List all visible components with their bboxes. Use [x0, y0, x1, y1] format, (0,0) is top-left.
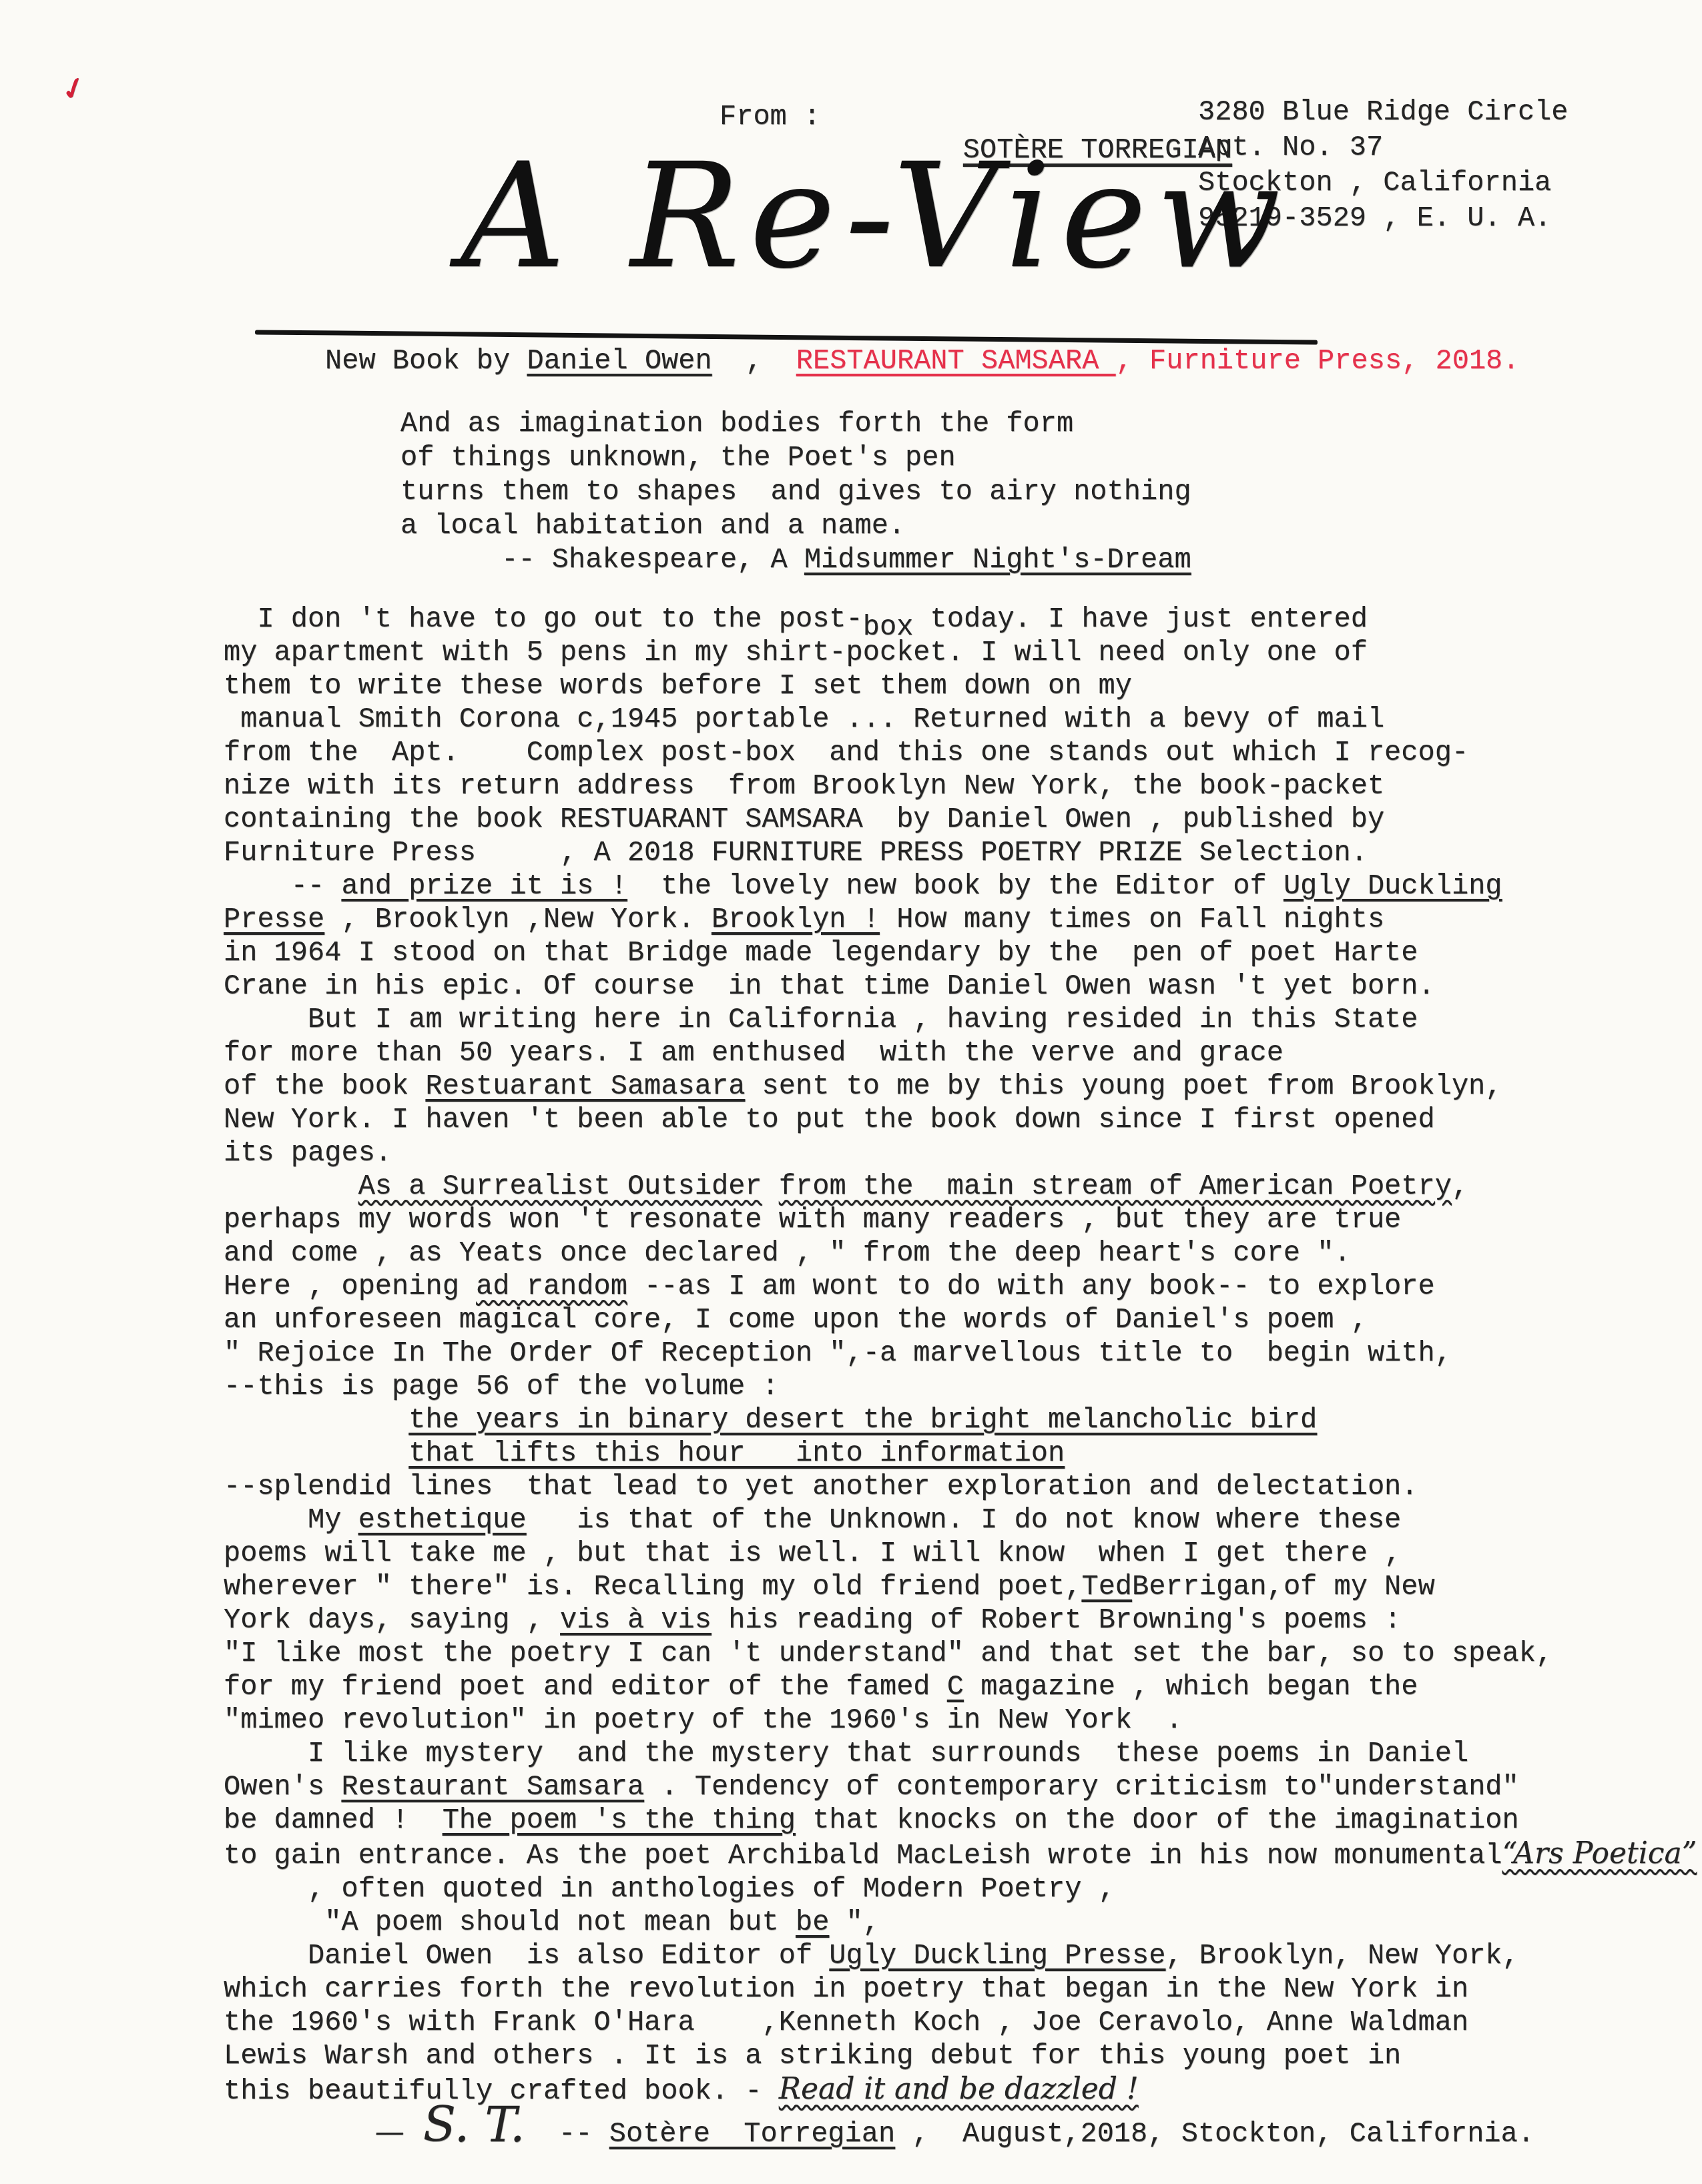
text-segment: New York. I haven 't been able to put th… [224, 1104, 1435, 1136]
text-line: "mimeo revolution" in poetry of the 1960… [224, 1704, 1697, 1737]
text-line: the years in binary desert the bright me… [224, 1403, 1697, 1437]
text-line: perhaps my words won 't resonate with ma… [224, 1203, 1697, 1236]
text-segment: Restaurant Samsara [341, 1771, 644, 1803]
text-segment: RESTAURANT SAMSARA [796, 345, 1116, 377]
text-segment: York days, saying , [224, 1604, 560, 1636]
handwritten-title: A Re-View [461, 132, 1290, 301]
text-segment: ad random [476, 1270, 627, 1303]
text-line: --splendid lines that lead to yet anothe… [224, 1470, 1697, 1503]
text-segment: box [863, 611, 914, 644]
text-line: " Rejoice In The Order Of Reception ",-a… [224, 1337, 1697, 1370]
text-line: them to write these words before I set t… [224, 669, 1697, 703]
text-segment: 3280 Blue Ridge Circle [1198, 96, 1569, 128]
text-segment: , [712, 345, 796, 377]
text-segment: is that of the Unknown. I do not know wh… [527, 1504, 1402, 1536]
text-segment: --as I am wont to do with any book-- to … [627, 1270, 1435, 1303]
text-line: and come , as Yeats once declared , " fr… [224, 1236, 1697, 1270]
text-segment [224, 1404, 408, 1436]
text-segment: , August,2018, Stockton, California. [895, 2118, 1534, 2150]
handwritten-segment: Read it and be dazzled ! [779, 2072, 1139, 2106]
text-segment: -- [224, 870, 341, 902]
text-segment: esthetique [358, 1504, 527, 1536]
text-line: Lewis Warsh and others . It is a strikin… [224, 2039, 1697, 2073]
text-segment: I don 't have to go out to the post- [224, 603, 863, 635]
text-line: Crane in his epic. Of course in that tim… [224, 970, 1697, 1003]
text-segment: But I am writing here in California , ha… [224, 1004, 1418, 1036]
text-line: — S. T. -- Sotère Torregian , August,201… [224, 2108, 1697, 2151]
text-segment: magazine , which began the [964, 1671, 1418, 1703]
text-segment: the lovely new book by the Editor of [627, 870, 1284, 902]
text-segment: New Book by [325, 345, 527, 377]
text-segment: --splendid lines that lead to yet anothe… [224, 1471, 1418, 1503]
stray-ink-mark: ✓ [57, 69, 91, 109]
text-line: , often quoted in anthologies of Modern … [224, 1872, 1697, 1906]
text-line: for my friend poet and editor of the fam… [224, 1670, 1697, 1704]
text-segment: As a Surrealist Outsider [358, 1170, 762, 1202]
text-line: for more than 50 years. I am enthused wi… [224, 1036, 1697, 1070]
text-segment: "mimeo revolution" in poetry of the 1960… [224, 1704, 1183, 1736]
handwritten-segment: S. T. [423, 2097, 525, 2153]
text-segment [224, 1437, 408, 1469]
text-segment [224, 1170, 358, 1202]
text-line: My esthetique is that of the Unknown. I … [224, 1503, 1697, 1537]
text-line: of the book Restuarant Samasara sent to … [224, 1070, 1697, 1103]
text-segment: Crane in his epic. Of course in that tim… [224, 970, 1435, 1002]
text-line: that lifts this hour into information [224, 1437, 1697, 1470]
handwritten-segment: — [375, 2115, 423, 2149]
from-label: From : [720, 100, 820, 133]
text-segment: turns them to shapes and gives to airy n… [400, 476, 1191, 508]
text-line: And as imagination bodies forth the form [400, 407, 1191, 441]
text-segment: for my friend poet and editor of the fam… [224, 1671, 947, 1703]
text-segment: Here , opening [224, 1270, 476, 1303]
text-segment: the years in binary desert the bright me… [408, 1404, 1317, 1436]
text-segment [762, 1170, 779, 1202]
text-segment: manual Smith Corona c,1945 portable ... … [224, 703, 1384, 735]
text-segment: I like mystery and the mystery that surr… [224, 1738, 1468, 1770]
text-line: --this is page 56 of the volume : [224, 1370, 1697, 1403]
title-underline [255, 330, 1318, 344]
epigraph-quote: And as imagination bodies forth the form… [400, 407, 1191, 577]
text-segment: from the main stream of American Poetry [779, 1170, 1452, 1202]
text-line: Presse , Brooklyn ,New York. Brooklyn ! … [224, 903, 1697, 936]
text-segment: of the book [224, 1070, 425, 1102]
text-line: nize with its return address from Brookl… [224, 769, 1697, 803]
text-line: its pages. [224, 1136, 1697, 1170]
text-segment: his reading of Robert Browning's poems : [712, 1604, 1401, 1636]
text-segment: an unforeseen magical core, I come upon … [224, 1304, 1368, 1336]
text-segment: be [796, 1906, 829, 1938]
text-segment: --this is page 56 of the volume : [224, 1371, 779, 1403]
text-segment: , Brooklyn, New York, [1165, 1940, 1518, 1972]
text-segment: "A poem should not mean but [224, 1906, 796, 1938]
text-line: -- Shakespeare, A Midsummer Night's-Drea… [400, 543, 1191, 577]
body-text: I don 't have to go out to the post-box … [224, 603, 1697, 2151]
text-segment: a local habitation and a name. [400, 510, 905, 542]
text-line: of things unknown, the Poet's pen [400, 441, 1191, 475]
text-line: from the Apt. Complex post-box and this … [224, 736, 1697, 769]
text-line: containing the book RESTUARANT SAMSARA b… [224, 803, 1697, 836]
text-line: 3280 Blue Ridge Circle [1198, 95, 1569, 130]
text-line: But I am writing here in California , ha… [224, 1003, 1697, 1036]
text-segment: How many times on Fall nights [880, 903, 1384, 936]
text-segment: them to write these words before I set t… [224, 670, 1132, 702]
handwritten-segment: “Ars Poetica” [1502, 1836, 1697, 1870]
text-segment: my apartment with 5 pens in my shirt-poc… [224, 637, 1368, 669]
text-line: I like mystery and the mystery that surr… [224, 1737, 1697, 1770]
text-line: Owen's Restaurant Samsara . Tendency of … [224, 1770, 1697, 1804]
text-segment: Owen's [224, 1771, 341, 1803]
text-line: Furniture Press , A 2018 FURNITURE PRESS… [224, 836, 1697, 869]
text-segment: Daniel Owen is also Editor of [224, 1940, 829, 1972]
text-segment: and come , as Yeats once declared , " fr… [224, 1237, 1351, 1269]
text-segment: in 1964 I stood on that Bridge made lege… [224, 937, 1418, 969]
text-line: I don 't have to go out to the post-box … [224, 603, 1697, 636]
text-line: Daniel Owen is also Editor of Ugly Duckl… [224, 1939, 1697, 1972]
text-line: wherever " there" is. Recalling my old f… [224, 1570, 1697, 1603]
text-segment: containing the book RESTUARANT SAMSARA b… [224, 803, 1384, 835]
text-segment: " Rejoice In The Order Of Reception ",-a… [224, 1337, 1452, 1369]
text-line: "A poem should not mean but be ", [224, 1906, 1697, 1939]
text-segment: Midsummer Night's-Dream [804, 544, 1191, 576]
text-segment: and prize it is ! [341, 870, 627, 902]
text-line: -- and prize it is ! the lovely new book… [224, 869, 1697, 903]
text-line: poems will take me , but that is well. I… [224, 1537, 1697, 1570]
text-line: to gain entrance. As the poet Archibald … [224, 1837, 1697, 1872]
text-line: a local habitation and a name. [400, 509, 1191, 543]
text-line: New York. I haven 't been able to put th… [224, 1103, 1697, 1136]
text-segment: sent to me by this young poet from Brook… [745, 1070, 1502, 1102]
text-line: be damned ! The poem 's the thing that k… [224, 1804, 1697, 1837]
text-segment: Furniture Press , A 2018 FURNITURE PRESS… [224, 837, 1368, 869]
text-line: turns them to shapes and gives to airy n… [400, 475, 1191, 509]
text-line: manual Smith Corona c,1945 portable ... … [224, 703, 1697, 736]
text-line: York days, saying , vis à vis his readin… [224, 1603, 1697, 1637]
text-segment: today. I have just entered [913, 603, 1368, 635]
text-segment: which carries forth the revolution in po… [224, 1973, 1468, 2005]
text-line: my apartment with 5 pens in my shirt-poc… [224, 636, 1697, 669]
text-segment: My [224, 1504, 358, 1536]
text-segment: C [947, 1671, 964, 1703]
text-segment: that knocks on the door of the imaginati… [796, 1804, 1519, 1836]
text-segment: Restuarant Samasara [425, 1070, 745, 1102]
text-segment: of things unknown, the Poet's pen [400, 442, 956, 474]
text-segment: its pages. [224, 1137, 392, 1169]
text-segment: The poem 's the thing [443, 1804, 796, 1836]
text-line: an unforeseen magical core, I come upon … [224, 1303, 1697, 1337]
text-segment: Ugly Duckling [1284, 870, 1502, 902]
text-segment: poems will take me , but that is well. I… [224, 1537, 1401, 1569]
text-segment: perhaps my words won 't resonate with ma… [224, 1204, 1401, 1236]
text-line: Here , opening ad random --as I am wont … [224, 1270, 1697, 1303]
text-segment: Brooklyn ! [712, 903, 880, 936]
text-segment: -- [525, 2118, 609, 2150]
text-segment: the 1960's with Frank O'Hara ,Kenneth Ko… [224, 2007, 1468, 2039]
text-line: As a Surrealist Outsider from the main s… [224, 1170, 1697, 1203]
text-segment: And as imagination bodies forth the form [400, 408, 1073, 440]
text-segment: be damned ! [224, 1804, 443, 1836]
text-line: the 1960's with Frank O'Hara ,Kenneth Ko… [224, 2006, 1697, 2039]
text-segment [224, 2118, 375, 2150]
text-segment: nize with its return address from Brookl… [224, 770, 1384, 802]
text-segment: from the Apt. Complex post-box and this … [224, 737, 1468, 769]
text-segment: Ugly Duckling Presse [829, 1940, 1165, 1972]
text-segment: Ted [1081, 1571, 1132, 1603]
text-segment: to gain entrance. As the poet Archibald … [224, 1840, 1502, 1872]
text-segment: vis à vis [560, 1604, 712, 1636]
text-segment: , [1452, 1170, 1468, 1202]
text-line: "I like most the poetry I can 't underst… [224, 1637, 1697, 1670]
text-segment: "I like most the poetry I can 't underst… [224, 1637, 1552, 1670]
text-segment: wherever " there" is. Recalling my old f… [224, 1571, 1081, 1603]
text-line: in 1964 I stood on that Bridge made lege… [224, 936, 1697, 970]
text-line: which carries forth the revolution in po… [224, 1972, 1697, 2006]
scanned-review-page: ✓ From : SOTÈRE TORREGIAN 3280 Blue Ridg… [0, 0, 1702, 2184]
byline: New Book by Daniel Owen , RESTAURANT SAM… [325, 344, 1520, 378]
handwritten-title-text: A Re-View [461, 132, 1290, 301]
text-segment: ", [829, 1906, 880, 1938]
text-segment: Berrigan,of my New [1132, 1571, 1435, 1603]
text-segment: for more than 50 years. I am enthused wi… [224, 1037, 1284, 1069]
text-segment: that lifts this hour into information [408, 1437, 1065, 1469]
text-segment: , Brooklyn ,New York. [324, 903, 712, 936]
text-segment: Lewis Warsh and others . It is a strikin… [224, 2040, 1401, 2072]
text-segment: , Furniture Press, 2018. [1116, 345, 1520, 377]
text-segment: Daniel Owen [527, 345, 712, 377]
text-segment: -- Shakespeare, A [400, 544, 804, 576]
text-segment: Sotère Torregian [609, 2118, 895, 2150]
text-segment: . Tendency of contemporary criticism to"… [644, 1771, 1519, 1803]
text-segment: Presse [224, 903, 324, 936]
text-segment: , often quoted in anthologies of Modern … [224, 1873, 1115, 1905]
